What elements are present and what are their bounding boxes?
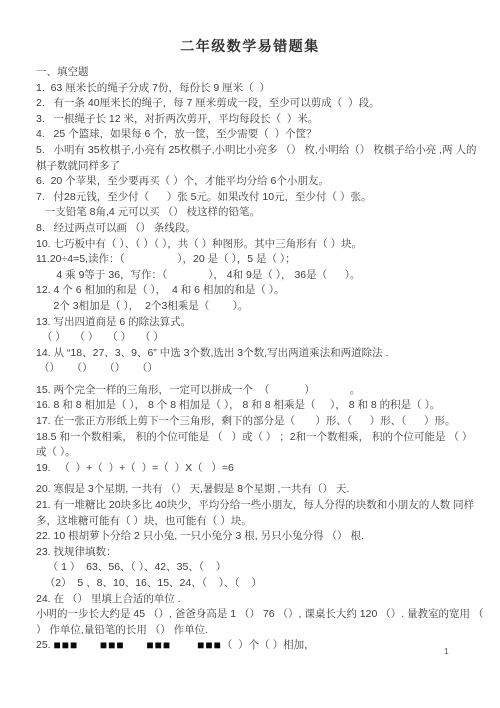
question-1: 1. 63 厘米长的绳子分成 7份，每份长 9 厘米（ ） [36, 81, 474, 97]
question-5: 5. 小明有 35枚棋子,小亮有 25枚棋子,小明比小亮多 （） 枚,小明给（）… [36, 143, 474, 159]
question-21-cont: 多，这堆糖可能有（ ）块，也可能有（ ）块。 [36, 514, 474, 530]
question-10: 10. 七巧板中有（ ）、（ ）（ ），共（ ）种图形。其中三角形有（ ）块。 [36, 237, 474, 253]
question-24: 24. 在 （） 里填上合适的单位 . [36, 592, 474, 608]
question-22: 22. 10 根胡萝卜分给 2 只小兔, 一只小兔分 3 根, 另只小兔分得 （… [36, 529, 474, 545]
question-7: 7. 付28元钱，至少付（ ）张 5元。如果改付 10元，至少付（ ）张。 [36, 190, 474, 206]
question-15: 15. 两个完全一样的三角形，一定可以拼成一个 （ ） 。 [36, 383, 474, 399]
worksheet-body: 一、填空题 1. 63 厘米长的绳子分成 7份，每份长 9 厘米（ ） 2. 有… [36, 65, 474, 654]
question-2: 2. 有一条 40厘米长的绳子，每 7 厘米剪成一段，至少可以剪成（ ）段。 [36, 96, 474, 112]
page-number: 1 [444, 646, 449, 656]
question-11-cont: 4 乘 9等于 36，写作：（ ）， 4和 9是（ ）， 36是（ ）。 [36, 268, 474, 284]
question-12-cont: 2个 3相加是（ ）， 2个3相乘是（ ）。 [36, 299, 474, 315]
question-11: 11.20÷4=5,读作：（ ），20 是（ ），5 是（ ）； [36, 252, 474, 268]
question-7-cont: 一支铅笔 8角,4 元可以买 （） 枝这样的铅笔。 [36, 205, 474, 221]
question-3: 3. 一根绳子长 12 米，对折两次剪开，平均每段长（ ）米。 [36, 112, 474, 128]
question-8: 8. 经过两点可以画 （） 条线段。 [36, 221, 474, 237]
question-25: 25. ■■■ ■■■ ■■■ ■■■ （ ）个（ ）相加， [36, 638, 474, 654]
question-13-blanks: （ ） （ ） （ ） （ ） [36, 330, 474, 346]
question-4: 4. 25 个篮球，如果每 6 个，放一筐，至少需要（ ）个筐？ [36, 127, 474, 143]
question-16: 16. 8 和 8 相加是（ ）， 8 个 8 相加是（ ）， 8 和 8 相乘… [36, 398, 474, 414]
question-25-text: （ ）个（ ）相加， [222, 638, 315, 654]
question-13: 13. 写出四道商是 6 的除法算式。 [36, 315, 474, 331]
question-12: 12. 4 个 6 相加的和是（ ）， 4 和 6 相加的和是（ ）。 [36, 283, 474, 299]
question-14: 14. 从 “18、27、3、9、6” 中选 3个数,选出 3个数,写出两道乘法… [36, 346, 474, 362]
question-23-seq1: （ 1 ） 63、56、（ ）、42、35、（ ） [36, 560, 474, 576]
black-squares-figure: ■■■ ■■■ ■■■ ■■■ [54, 638, 222, 654]
worksheet-page: 二年级数学易错题集 一、填空题 1. 63 厘米长的绳子分成 7份，每份长 9 … [0, 0, 500, 708]
question-17: 17. 在一张正方形纸上剪下一个三角形，剩下的部分是（ ）形、（ ）形、（ ）形… [36, 414, 474, 430]
section-heading: 一、填空题 [36, 65, 474, 81]
question-23-seq2: （2） 5 、8、10、16、15、24、（ ）、（ ） [36, 576, 474, 592]
question-23: 23. 找规律填数： [36, 545, 474, 561]
question-24-cont1: 小明的一步长大约是 45 （）, 爸爸身高是 1 （） 76 （）, 课桌长大约… [36, 607, 474, 623]
doc-title: 二年级数学易错题集 [0, 0, 500, 56]
question-5-cont: 棋子数就同样多了 [36, 159, 474, 175]
question-14-blanks: （） （） （） （） [36, 361, 474, 377]
question-25-number: 25. [36, 638, 54, 654]
question-24-cont2: ） 作单位,量铅笔的长用 （） 作单位. [36, 623, 474, 639]
question-20: 20. 寒假是 3个星期, 一共有 （） 天,暑假是 8个星期 ,一共有（） 天… [36, 482, 474, 498]
question-18-cont: 或（ ）。 [36, 445, 474, 461]
question-6: 6. 20 个苹果，至少要再买（ ）个，才能平均分给 6个小朋友。 [36, 174, 474, 190]
question-21: 21. 有一堆糖比 20块多比 40块少，平均分给一些小朋友，每人分得的块数和小… [36, 498, 474, 514]
question-19: 19. （ ）+（ ）+（ ）=（ ）X（ ）=6 [36, 461, 474, 477]
question-18: 18.5 和一个数相乘， 积的个位可能是 （ ）或（ ） ；2和一个数相乘， 积… [36, 430, 474, 446]
